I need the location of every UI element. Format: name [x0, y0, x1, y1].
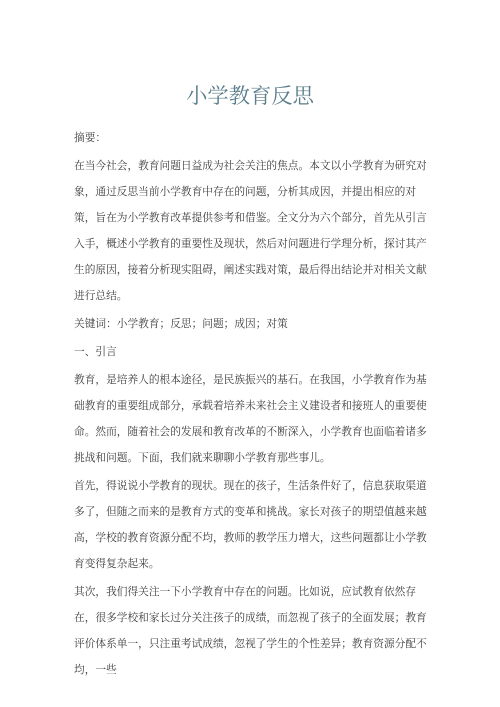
paragraph-6: 首先，得说说小学教育的现状。现在的孩子，生活条件好了，信息获取渠道多了，但随之而…	[74, 473, 429, 577]
document-title: 小学教育反思	[0, 84, 500, 109]
paragraph-2: 在当今社会，教育问题日益成为社会关注的焦点。本文以小学教育为研究对象，通过反思当…	[74, 153, 429, 309]
paragraph-3: 关键词：小学教育；反思；问题；成因；对策	[74, 311, 429, 337]
paragraph-5: 教育，是培养人的根本途径，是民族振兴的基石。在我国，小学教育作为基础教育的重要组…	[74, 367, 429, 471]
paragraph-4: 一、引言	[74, 339, 429, 365]
paragraph-7: 其次，我们得关注一下小学教育中存在的问题。比如说，应试教育依然存在，很多学校和家…	[74, 579, 429, 683]
paragraph-1: 摘要：	[74, 125, 429, 151]
document-page: 小学教育反思 摘要：在当今社会，教育问题日益成为社会关注的焦点。本文以小学教育为…	[0, 0, 500, 707]
document-body: 摘要：在当今社会，教育问题日益成为社会关注的焦点。本文以小学教育为研究对象，通过…	[74, 125, 429, 683]
